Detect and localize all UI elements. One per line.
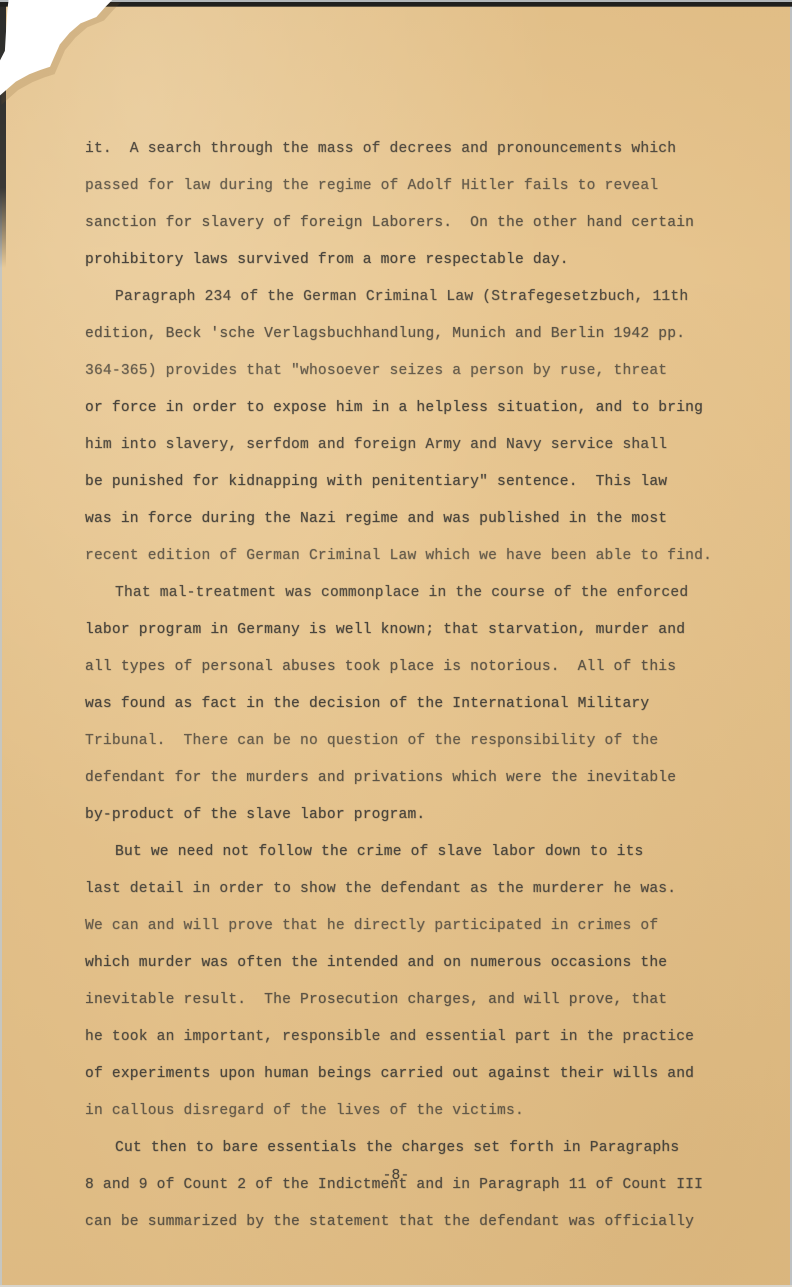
text-line: Tribunal. There can be no question of th… <box>85 729 745 766</box>
text-line: edition, Beck 'sche Verlagsbuchhandlung,… <box>85 322 745 359</box>
text-block: it. A search through the mass of decrees… <box>85 137 745 1247</box>
text-line: him into slavery, serfdom and foreign Ar… <box>85 433 745 470</box>
scanned-document-page: it. A search through the mass of decrees… <box>0 0 792 1287</box>
text-line: last detail in order to show the defenda… <box>85 877 745 914</box>
text-line: recent edition of German Criminal Law wh… <box>85 544 745 581</box>
text-line: 364-365) provides that "whosoever seizes… <box>85 359 745 396</box>
page-number: -8- <box>0 1168 792 1184</box>
text-line: sanction for slavery of foreign Laborers… <box>85 211 745 248</box>
text-line: labor program in Germany is well known; … <box>85 618 745 655</box>
text-line: But we need not follow the crime of slav… <box>85 840 745 877</box>
text-line: he took an important, responsible and es… <box>85 1025 745 1062</box>
text-line: inevitable result. The Prosecution charg… <box>85 988 745 1025</box>
text-line: That mal-treatment was commonplace in th… <box>85 581 745 618</box>
text-line: We can and will prove that he directly p… <box>85 914 745 951</box>
text-line: all types of personal abuses took place … <box>85 655 745 692</box>
text-line: Paragraph 234 of the German Criminal Law… <box>85 285 745 322</box>
scan-edge-left-shadow <box>0 0 6 268</box>
text-line: it. A search through the mass of decrees… <box>85 137 745 174</box>
text-line: be punished for kidnapping with penitent… <box>85 470 745 507</box>
text-line: by-product of the slave labor program. <box>85 803 745 840</box>
text-line: passed for law during the regime of Adol… <box>85 174 745 211</box>
text-line: of experiments upon human beings carried… <box>85 1062 745 1099</box>
text-line: can be summarized by the statement that … <box>85 1210 745 1247</box>
text-line: or force in order to expose him in a hel… <box>85 396 745 433</box>
text-line: in callous disregard of the lives of the… <box>85 1099 745 1136</box>
text-line: defendant for the murders and privations… <box>85 766 745 803</box>
text-line: prohibitory laws survived from a more re… <box>85 248 745 285</box>
text-line: which murder was often the intended and … <box>85 951 745 988</box>
text-line: was in force during the Nazi regime and … <box>85 507 745 544</box>
text-line: was found as fact in the decision of the… <box>85 692 745 729</box>
